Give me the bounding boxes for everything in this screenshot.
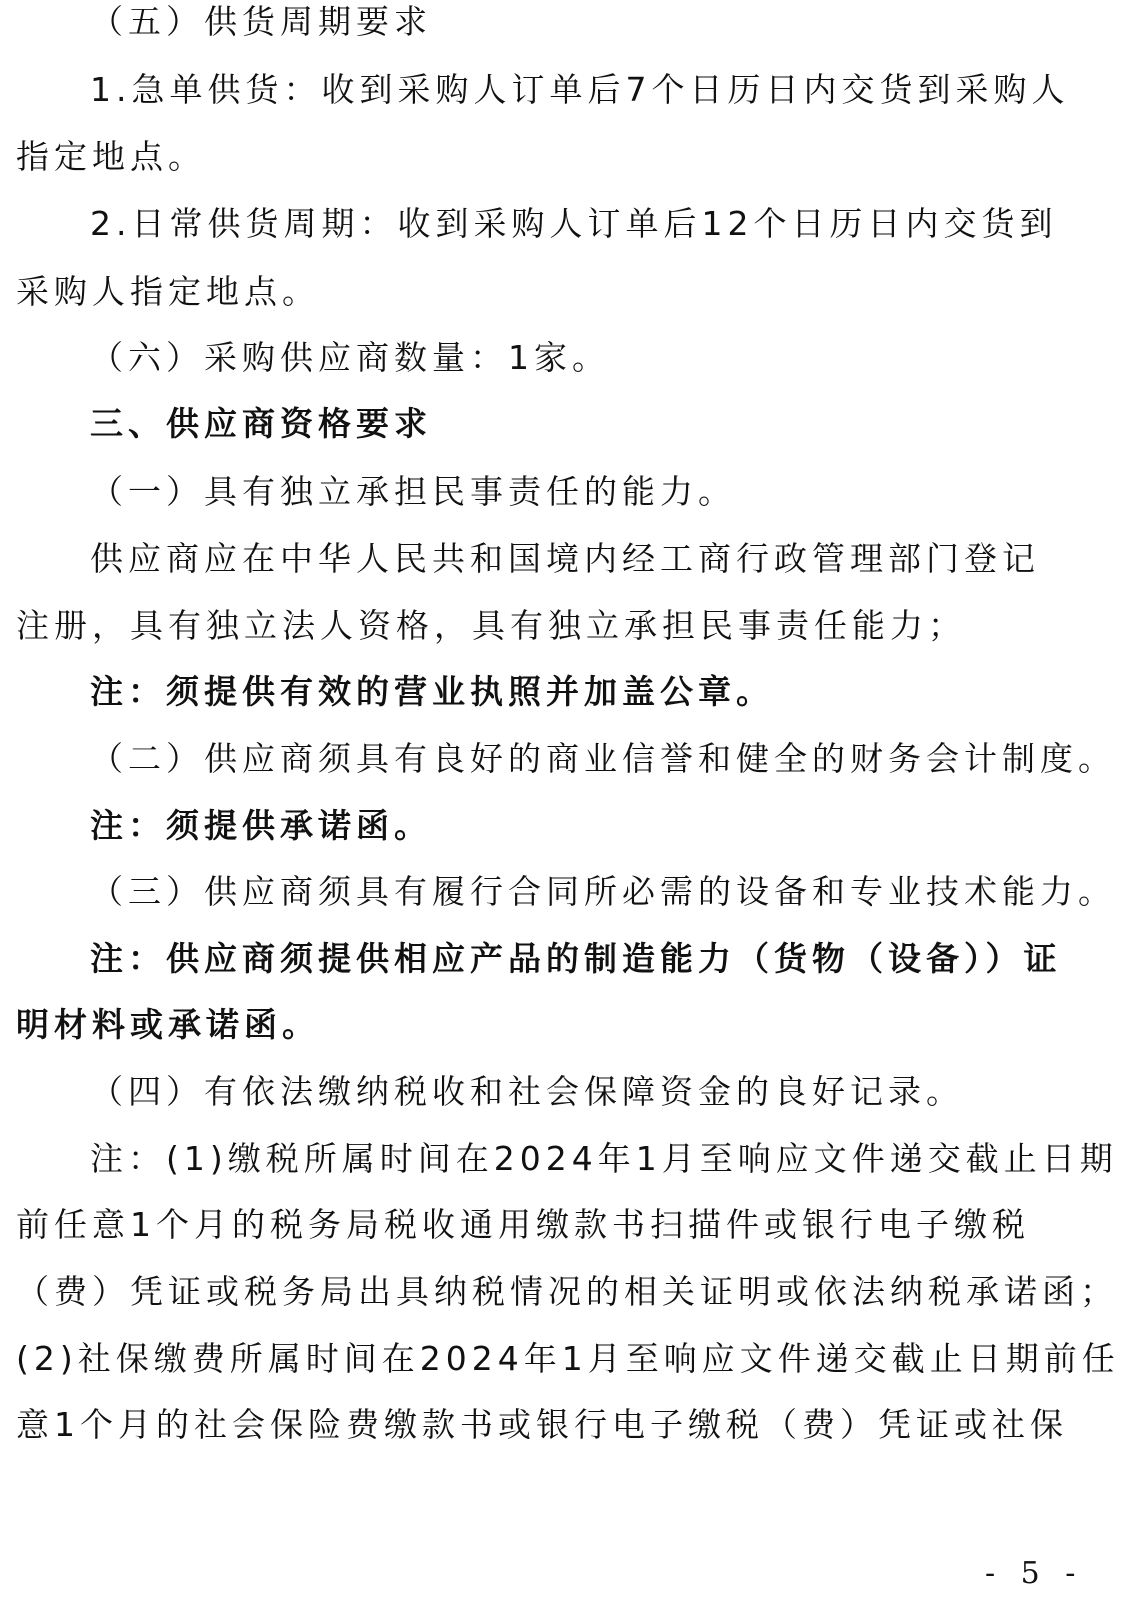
text-line: (2)社保缴费所属时间在2024年1月至响应文件递交截止日期前任 xyxy=(16,1339,1120,1379)
heading-line: 注：供应商须提供相应产品的制造能力（货物（设备））证 xyxy=(90,939,1062,979)
text-line: 供应商应在中华人民共和国境内经工商行政管理部门登记 xyxy=(90,539,1040,579)
text-line: （三）供应商须具有履行合同所必需的设备和专业技术能力。 xyxy=(90,872,1116,912)
text-line: （四）有依法缴纳税收和社会保障资金的良好记录。 xyxy=(90,1072,964,1112)
heading-line: 明材料或承诺函。 xyxy=(16,1005,320,1045)
text-line: 1.急单供货：收到采购人订单后7个日历日内交货到采购人 xyxy=(90,70,1069,110)
text-line: 注：(1)缴税所属时间在2024年1月至响应文件递交截止日期 xyxy=(90,1139,1118,1179)
text-line: 注册，具有独立法人资格，具有独立承担民事责任能力； xyxy=(16,606,966,646)
heading-line: 三、供应商资格要求 xyxy=(90,404,432,444)
page-number: - 5 - xyxy=(985,1556,1083,1591)
text-line: （六）采购供应商数量：1家。 xyxy=(90,338,610,378)
text-line: 前任意1个月的税务局税收通用缴款书扫描件或银行电子缴税 xyxy=(16,1205,1030,1245)
text-line: （二）供应商须具有良好的商业信誉和健全的财务会计制度。 xyxy=(90,739,1116,779)
heading-line: 注：须提供承诺函。 xyxy=(90,806,432,846)
heading-line: 注：须提供有效的营业执照并加盖公章。 xyxy=(90,672,774,712)
text-line: （五）供货周期要求 xyxy=(90,2,432,42)
text-line: 指定地点。 xyxy=(16,137,206,177)
text-line: 采购人指定地点。 xyxy=(16,272,320,312)
text-line: 2.日常供货周期：收到采购人订单后12个日历日内交货到 xyxy=(90,204,1057,244)
text-line: （一）具有独立承担民事责任的能力。 xyxy=(90,472,736,512)
text-line: （费）凭证或税务局出具纳税情况的相关证明或依法纳税承诺函； xyxy=(16,1272,1118,1312)
text-line: 意1个月的社会保险费缴款书或银行电子缴税（费）凭证或社保 xyxy=(16,1405,1068,1445)
